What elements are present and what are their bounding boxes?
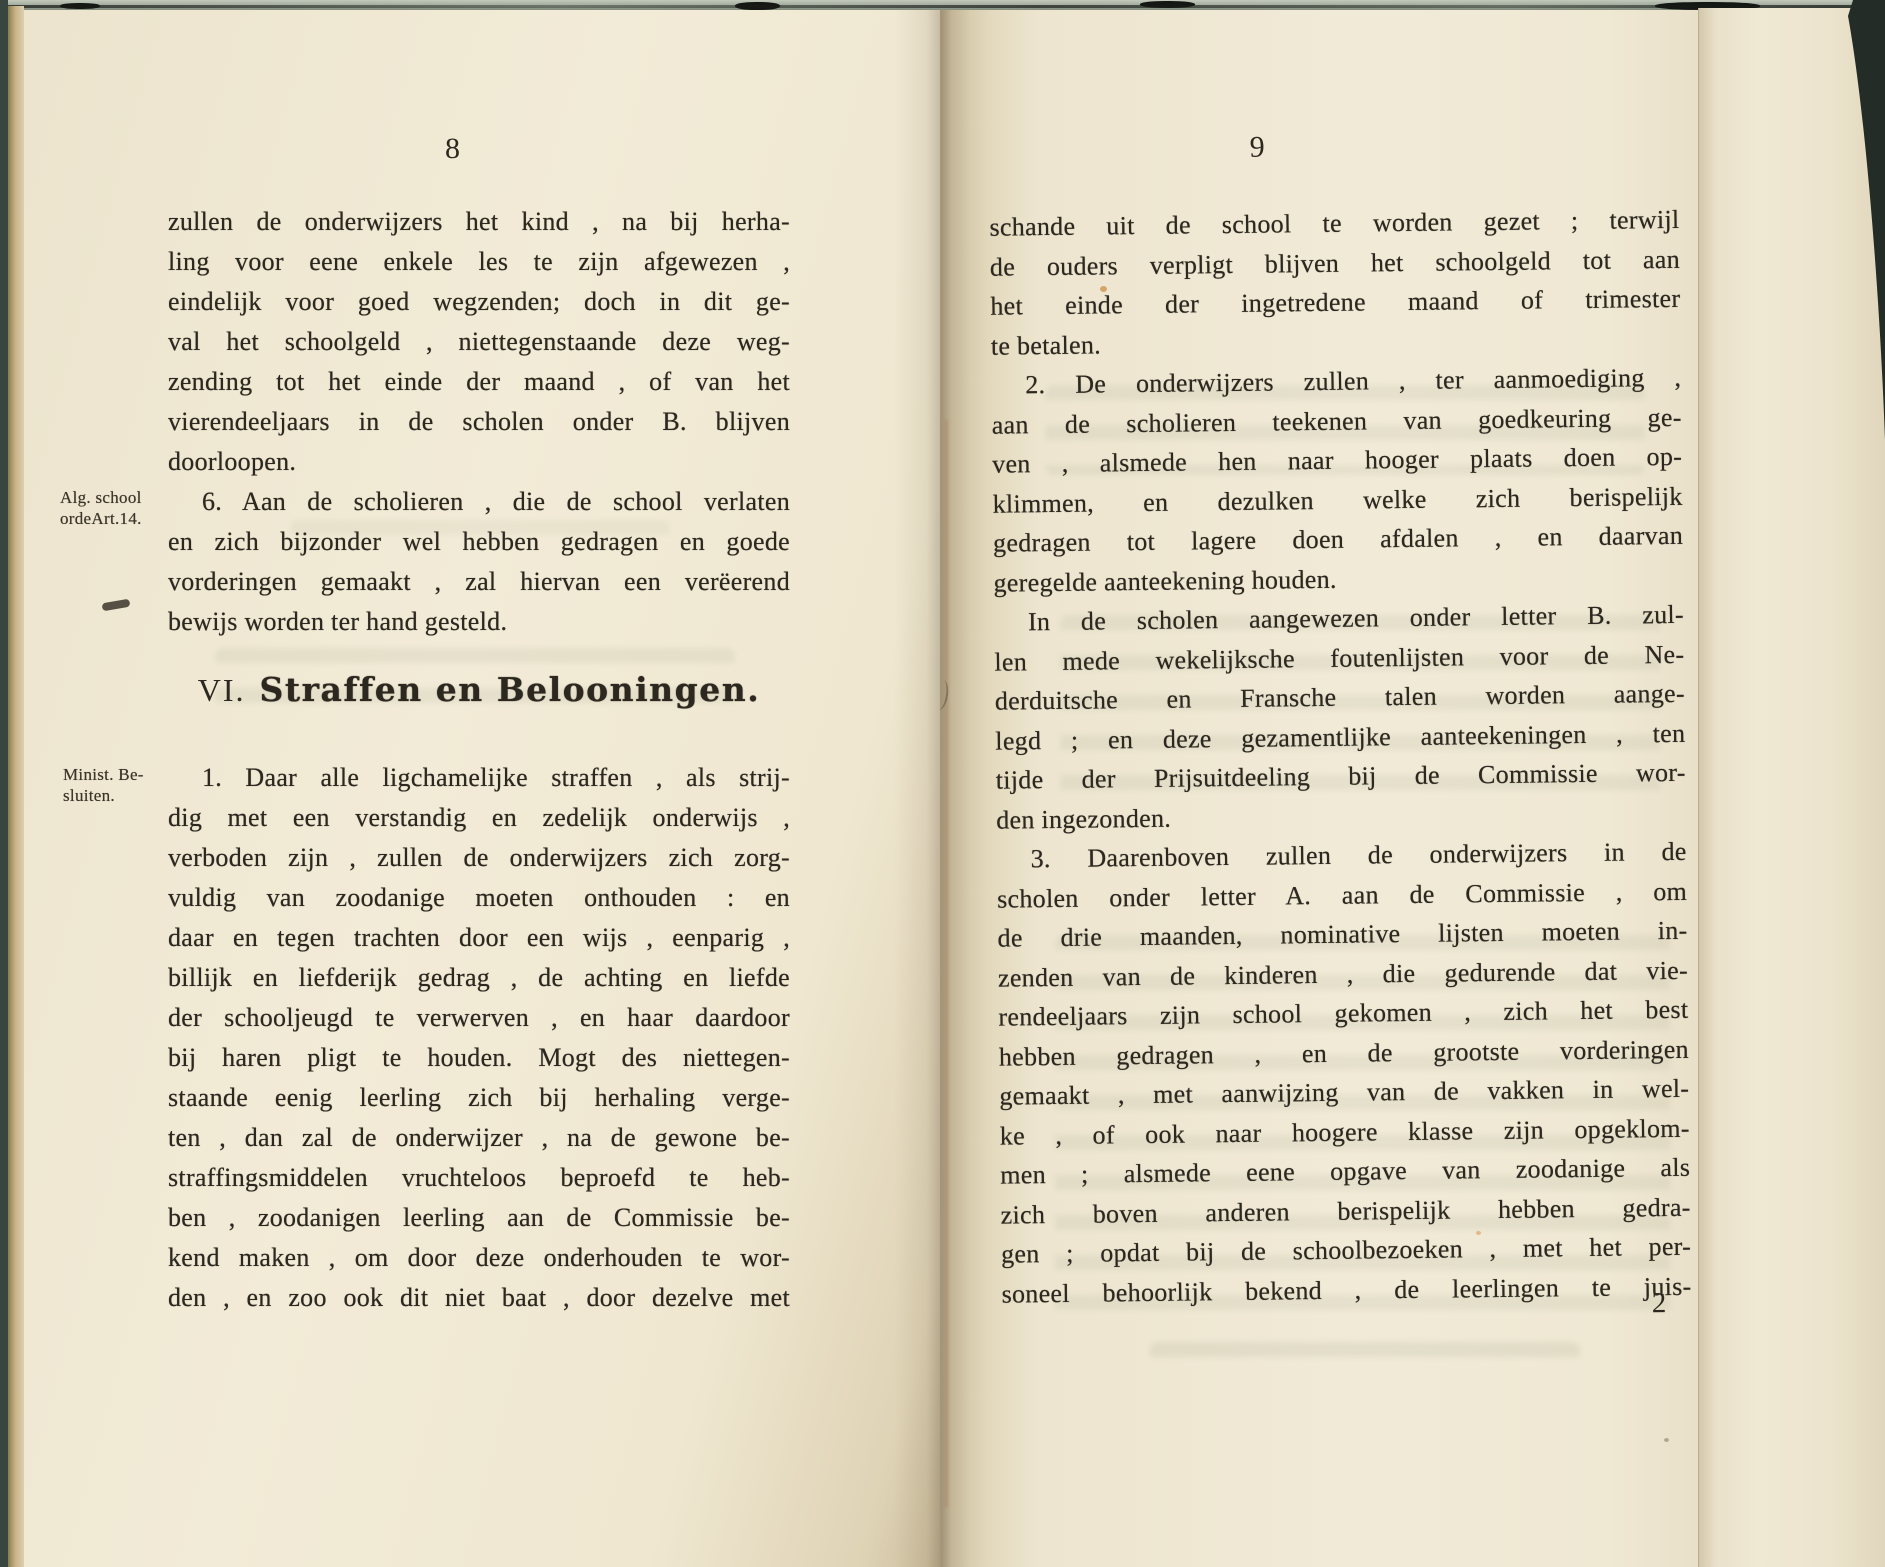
page-left: 8 Alg. school ordeArt.14. Minist. Be- sl… xyxy=(24,10,940,1567)
text-line: den , en zoo ook dit niet baat , door de… xyxy=(168,1278,790,1318)
page-right: 9 schande uit de school te worden gezet … xyxy=(940,10,1698,1567)
margin-note-line: Alg. school xyxy=(60,487,142,508)
text-line: ben , zoodanigen leerling aan de Commiss… xyxy=(168,1198,790,1238)
text-line: straffingsmiddelen vruchteloos beproefd … xyxy=(168,1158,790,1198)
text-line: het einde der ingetredene maand of trime… xyxy=(990,279,1680,326)
text-line: der schooljeugd te verwerven , en haar d… xyxy=(168,998,790,1038)
text-line: ling voor eene enkele les te zijn afgewe… xyxy=(168,242,790,282)
page-number: 8 xyxy=(445,132,461,166)
text-line: bewijs worden ter hand gesteld. xyxy=(168,602,790,642)
text-line: doorloopen. xyxy=(168,442,790,482)
text-line: dig met een verstandig en zedelijk onder… xyxy=(168,798,790,838)
text-line: ten , dan zal de onderwijzer , na de gew… xyxy=(168,1118,790,1158)
ink-smudge xyxy=(102,599,131,612)
text-line: 6. Aan de scholieren , die de school ver… xyxy=(168,482,790,522)
text-line: vorderingen gemaakt , zal hiervan een ve… xyxy=(168,562,790,602)
top-edge-shadow xyxy=(735,2,780,10)
text-line: gedragen tot lagere doen afdalen , en da… xyxy=(993,516,1683,563)
page-number: 9 xyxy=(1249,131,1265,165)
section-title: Straffen en Belooningen. xyxy=(260,670,761,709)
margin-note-line: ordeArt.14. xyxy=(60,508,142,529)
text-line: verboden zijn , zullen de onderwijzers z… xyxy=(168,838,790,878)
text-line: billijk en liefderijk gedrag , de achtin… xyxy=(168,958,790,998)
margin-note-line: sluiten. xyxy=(63,785,144,806)
text-line: tijde der Prijsuitdeeling bij de Commiss… xyxy=(996,753,1686,800)
text-line: zending tot het einde der maand , of van… xyxy=(168,362,790,402)
text-line: 1. Daar alle ligchamelijke straffen , al… xyxy=(168,758,790,798)
section-heading: VI.Straffen en Belooningen. xyxy=(168,670,790,709)
section-numeral: VI. xyxy=(198,672,246,708)
text-line: kend maken , om door deze onderhouden te… xyxy=(168,1238,790,1278)
text-line: zullen de onderwijzers het kind , na bij… xyxy=(168,202,790,242)
text-line: val het schoolgeld , niettegenstaande de… xyxy=(168,322,790,362)
margin-note: Minist. Be- sluiten. xyxy=(63,764,144,806)
scanned-book-spread: 8 Alg. school ordeArt.14. Minist. Be- sl… xyxy=(0,0,1885,1567)
book-cover-edge xyxy=(0,0,8,1567)
margin-note-line: Minist. Be- xyxy=(63,764,144,785)
text-line: staande eenig leerling zich bij herhalin… xyxy=(168,1078,790,1118)
text-line: eindelijk voor goed wegzenden; doch in d… xyxy=(168,282,790,322)
top-edge-shadow xyxy=(1140,1,1195,8)
text-line: soneel behoorlijk bekend , de leerlingen… xyxy=(1001,1266,1691,1313)
right-page-text-layer: 9 schande uit de school te worden gezet … xyxy=(932,6,1708,1567)
margin-note: Alg. school ordeArt.14. xyxy=(60,487,142,529)
text-line: vierendeeljaars in de scholen onder B. b… xyxy=(168,402,790,442)
cover-corner-shadow xyxy=(1839,0,1885,440)
text-line: daar en tegen trachten door een wijs , e… xyxy=(168,918,790,958)
top-edge-shadow xyxy=(60,3,100,9)
text-line: en zich bijzonder wel hebben gedragen en… xyxy=(168,522,790,562)
text-line: vuldig van zoodanige moeten onthouden : … xyxy=(168,878,790,918)
page-fore-edge-left xyxy=(8,6,24,1567)
text-line: bij haren pligt te houden. Mogt des niet… xyxy=(168,1038,790,1078)
paragraph-block: schande uit de school te worden gezet ; … xyxy=(989,200,1692,1314)
signature-mark: 2 xyxy=(1652,1287,1667,1320)
paragraph-block: 1. Daar alle ligchamelijke straffen , al… xyxy=(168,758,790,1318)
paragraph-block: zullen de onderwijzers het kind , na bij… xyxy=(168,202,790,642)
